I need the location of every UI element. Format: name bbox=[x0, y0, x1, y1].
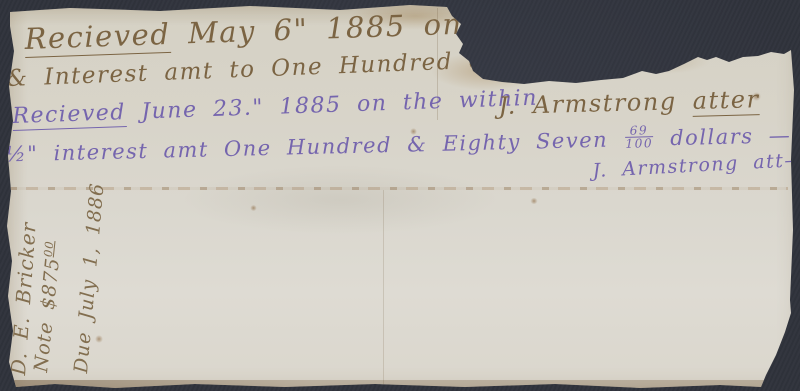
attorney-signature-purple: J. Armstrong att— bbox=[592, 149, 800, 182]
receipt-june-amount-text: ½" interest amt One Hundred & Eighty Sev… bbox=[5, 128, 608, 167]
dollars-word: dollars — bbox=[670, 123, 792, 150]
cents-fraction: 69100 bbox=[625, 124, 653, 151]
stain-center-smudge bbox=[180, 165, 500, 235]
vertical-fold-crease-lower bbox=[383, 190, 384, 385]
fraction-denominator: 100 bbox=[625, 138, 653, 151]
receipt-june-line1-text: June 23." 1885 on the within bbox=[141, 86, 538, 125]
attorney-signature-brown: J. Armstrong atter bbox=[498, 85, 760, 120]
horizontal-fold-crease bbox=[10, 187, 788, 190]
note-cents-superscript: 00 bbox=[41, 240, 57, 258]
endorsement-due-date: Due July 1, 1886 bbox=[70, 182, 109, 374]
attorney-suffix-underlined: atter bbox=[692, 85, 760, 117]
ink-freckle bbox=[530, 198, 538, 204]
ink-freckle bbox=[95, 335, 103, 343]
received-word-underlined: Recieved bbox=[24, 17, 171, 58]
receipt-june-line1: Recieved June 23." 1885 on the within bbox=[12, 86, 538, 129]
ink-freckle bbox=[250, 205, 257, 211]
attorney-name: J. Armstrong bbox=[498, 87, 693, 120]
received-word-underlined: Recieved bbox=[12, 100, 126, 131]
